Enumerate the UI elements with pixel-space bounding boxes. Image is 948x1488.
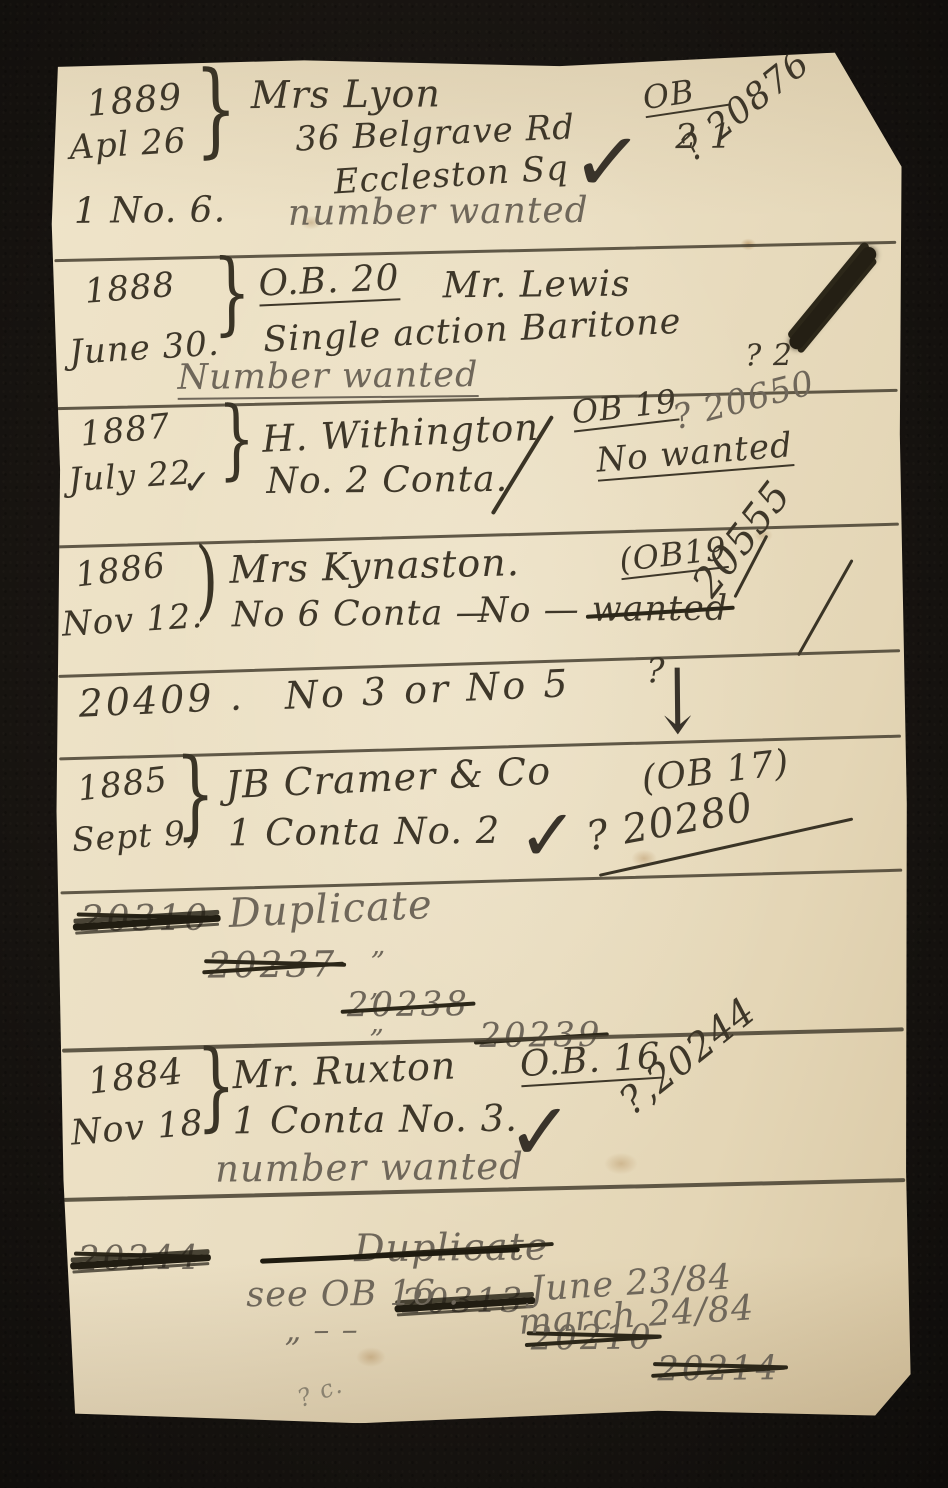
brace-icon: }	[218, 387, 256, 489]
entry-date: Apl 26	[68, 124, 187, 165]
entry-date: July 22	[68, 456, 193, 497]
duplicate-label: Duplicate	[228, 885, 434, 934]
customer-name: JB Cramer & Co	[225, 752, 552, 804]
struck-number: 20310	[81, 898, 211, 940]
paren-icon: )	[195, 528, 219, 630]
instrument-detail: No 6 Conta —	[232, 596, 492, 633]
customer-name: Mr. Lewis	[442, 267, 630, 305]
struck-number: 20244	[78, 1238, 202, 1279]
instrument-detail: Single action Baritone	[263, 305, 683, 359]
entry-year: 1887	[79, 409, 172, 452]
struck-number: 20237	[208, 944, 338, 986]
query-number: ? 2	[745, 341, 793, 371]
instrument-detail: No. 2 Conta.	[266, 462, 508, 500]
entry-year: 1886	[74, 548, 168, 592]
struck-duplicate-label: Duplicate	[354, 1224, 549, 1270]
entry-year: 1884	[86, 1054, 185, 1101]
memo-number: 20409 .	[78, 677, 246, 722]
tally-slash	[797, 559, 854, 656]
struck-number: 20238	[347, 984, 471, 1025]
ditto-mark: „	[369, 973, 385, 1001]
entry-date: Nov 18	[70, 1106, 205, 1151]
strike-scribble	[786, 244, 879, 352]
customer-name: Mrs Lyon	[251, 74, 441, 114]
separator-rule	[60, 869, 902, 895]
ledger-page: 1889 Apl 26 } Mrs Lyon 36 Belgrave Rd Ec…	[48, 52, 913, 1426]
brace-icon: }	[196, 1028, 237, 1142]
fox-spot	[356, 1347, 386, 1367]
brace-icon: }	[194, 49, 237, 169]
fox-spot	[604, 1153, 638, 1175]
faint-footnote: ? c.	[294, 1372, 345, 1410]
check-icon: ✓	[182, 463, 211, 503]
brace-icon: }	[212, 241, 251, 346]
ditto-mark: „	[371, 931, 387, 959]
number-wanted-note: No — wanted	[478, 592, 729, 629]
brace-icon: }	[175, 736, 216, 850]
entry-date: Nov 12.	[61, 599, 204, 642]
instrument-detail: 1 Conta No. 3.	[232, 1100, 518, 1140]
separator-rule	[54, 241, 896, 262]
ob-reference: O.B. 20	[258, 260, 401, 306]
ob-reference: OB 19	[570, 385, 679, 433]
struck-number: 20214	[657, 1348, 781, 1389]
see-reference: see OB 16 .	[246, 1276, 460, 1313]
instrument-detail: 1 Conta No. 2	[228, 812, 501, 852]
customer-name: Mr. Ruxton	[231, 1046, 457, 1094]
entry-year: 1888	[83, 268, 176, 309]
ditto-mark: „	[370, 1009, 386, 1037]
entry-year: 1889	[86, 80, 184, 123]
memo-text: No 3 or No 5	[284, 664, 571, 715]
entry-year: 1885	[76, 762, 170, 806]
check-icon: ✓	[518, 793, 579, 878]
order-line: 1 No. 6.	[74, 192, 226, 229]
number-wanted-note: number wanted	[215, 1148, 524, 1188]
ditto-row: „ – –	[285, 1313, 359, 1346]
customer-name: Mrs Kynaston.	[229, 543, 520, 589]
struck-duplicate-line: 20199 Duplicate	[76, 1418, 408, 1462]
note-prefix: No —	[478, 590, 580, 631]
order-note: number wanted	[288, 193, 589, 232]
query-number: ? 20650	[670, 366, 818, 435]
customer-name: H. Withington	[261, 409, 539, 458]
